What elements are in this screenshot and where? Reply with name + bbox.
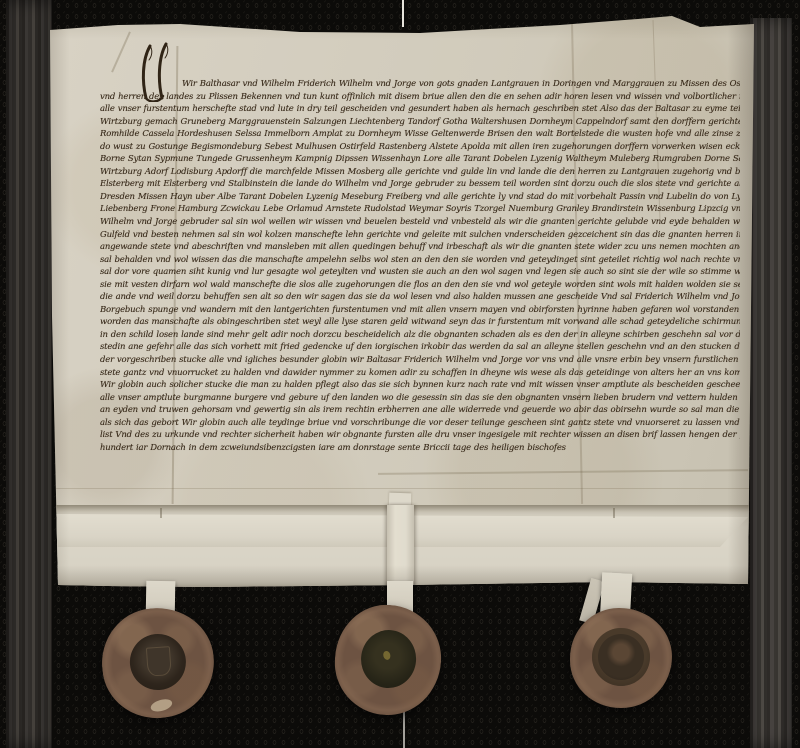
script-line: sie mit vesten dirfarn wol wald manschef… (100, 279, 740, 292)
fold-crease (111, 31, 131, 72)
text-block: Wir Balthasar vnd Wilhelm Friderich Wilh… (100, 78, 740, 454)
script-line: Gulfeld vnd besten nehmen sal sin wol ko… (100, 229, 740, 242)
cradle-bar-left (6, 0, 52, 748)
script-line: alle vnser amptlute burgmanne burgere vn… (100, 392, 740, 405)
seal-impression-right (592, 628, 650, 686)
tag-slit (160, 508, 162, 518)
hanging-thread-top (402, 0, 404, 27)
script-line: worden das manschafte als obingeschriben… (100, 316, 740, 329)
fold-crease (378, 469, 748, 475)
wax-seal-left (97, 602, 220, 723)
fold-crease (52, 488, 752, 489)
script-line: die ande vnd weil dorzu behuffen sen alt… (100, 291, 740, 304)
script-line: Liebenberg Frone Hamburg Zcwickau Lebe O… (100, 203, 740, 216)
script-line: do wust zu Gostunge Begismondeburg Sebes… (100, 141, 740, 154)
script-line: Elsterberg mit Elsterberg vnd Stalbinste… (100, 178, 740, 191)
script-line: Wirtzburg Adorf Lodisburg Apdorff die ma… (100, 166, 740, 179)
script-line: Wirtzburg gemach Gruneberg Marggrauenste… (100, 116, 740, 129)
script-line: stedin ane gefehr alle das sich vorhett … (100, 341, 740, 354)
script-line: vnd herren des landes zu Plissen Bekenne… (100, 91, 740, 104)
script-line: stete gantz vnd vnuorrucket zu halden vn… (100, 367, 740, 380)
script-line: list Vnd des zu urkunde vnd rechter sich… (100, 429, 740, 442)
charter-photograph: Wir Balthasar vnd Wilhelm Friderich Wilh… (0, 0, 800, 748)
script-line: angewande stete vnd abeschriften vnd man… (100, 241, 740, 254)
script-line: sal behalden vnd wol wissen das die mans… (100, 254, 740, 267)
wax-seal-middle (331, 601, 444, 718)
script-line: an eyden vnd truwen gehorsam vnd gewerti… (100, 404, 740, 417)
script-line: hundert iar Dornach in dem zcweiundsiben… (100, 442, 740, 455)
script-line: in den schild losen lande sind mehr gelt… (100, 329, 740, 342)
charter-parchment: Wir Balthasar vnd Wilhelm Friderich Wilh… (48, 16, 756, 588)
cradle-bar-right (750, 18, 792, 748)
script-line: als sich das gebort Wir globin auch alle… (100, 417, 740, 430)
seal-impression-left (127, 631, 189, 693)
script-line: alle vnser furstentum herschefte stad vn… (100, 103, 740, 116)
seal-impression-middle (359, 628, 418, 690)
wax-seal-right (570, 608, 672, 708)
seal-wax-chip (149, 697, 173, 714)
seal-tag-middle-front (387, 505, 414, 588)
script-line: Dresden Missen Hayn uber Albe Tarant Dob… (100, 191, 740, 204)
script-line: Romhilde Cassela Hordeshusen Selssa Imme… (100, 128, 740, 141)
script-line: Borne Sytan Sypmune Tungede Grussenheym … (100, 153, 740, 166)
script-line: der vorgeschriben stucke alle vnd iglich… (100, 354, 740, 367)
tag-slit (613, 508, 615, 518)
script-line: Wilhelm vnd Jorge gebruder sal sin wol w… (100, 216, 740, 229)
script-line: Wir Balthasar vnd Wilhelm Friderich Wilh… (100, 78, 740, 91)
script-line: sal dor vore quamen siht kunig vnd lur g… (100, 266, 740, 279)
script-line: Wir globin auch solicher stucke die man … (100, 379, 740, 392)
script-line: Borgebuch spunge vnd wandern mit den lan… (100, 304, 740, 317)
